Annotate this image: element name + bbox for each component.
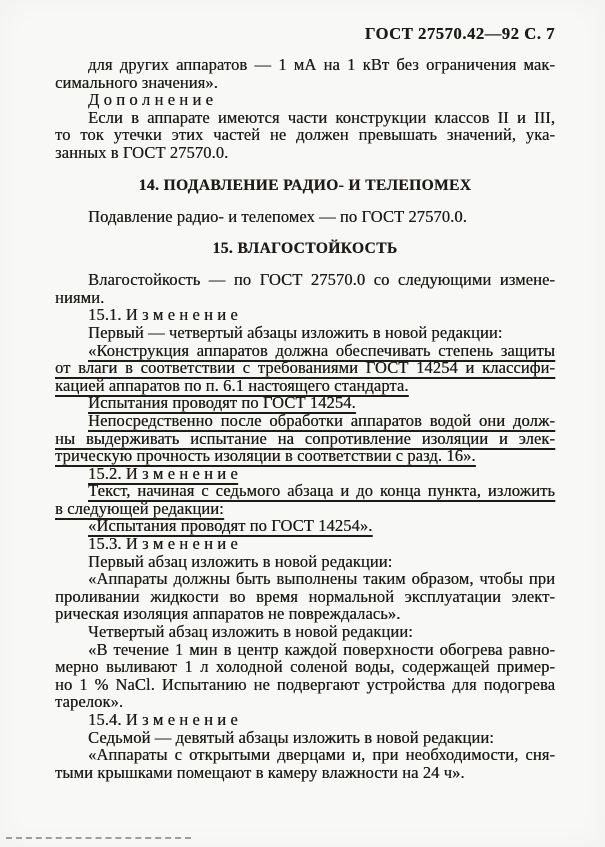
text-line: мерно выливают 1 л холодной соленой воды… <box>55 658 555 676</box>
text-line: для других аппаратов — 1 мА на 1 кВт без… <box>55 56 555 74</box>
page-header: ГОСТ 27570.42—92 С. 7 <box>0 24 555 44</box>
text-line-underlined: Непосредственно после обработки аппарато… <box>55 412 555 430</box>
text-line: тарелок». <box>55 693 555 711</box>
text-line: Если в аппарате имеются части конструкци… <box>55 109 555 127</box>
text-line: Первый — четвертый абзацы изложить в нов… <box>55 324 555 342</box>
text-line: симального значения». <box>55 74 555 92</box>
text-line: ниями. <box>55 289 555 307</box>
text-line-clause-15-1: 15.1. И з м е н е н и е <box>55 306 555 324</box>
text-line: «Аппараты с открытыми дверцами и, при не… <box>55 746 555 764</box>
text-line-underlined: в следующей редакции: <box>55 500 555 518</box>
text-line: Первый абзац изложить в новой редакции: <box>55 553 555 571</box>
text-line-underlined: Текст, начиная с седьмого абзаца и до ко… <box>55 482 555 500</box>
text-line: «Аппараты должны быть выполнены таким об… <box>55 570 555 588</box>
text-line: рическая изоляция аппаратов не повреждал… <box>55 605 555 623</box>
text-line: проливании жидкости во время нормальной … <box>55 588 555 606</box>
text-line-dopolnenie: Д о п о л н е н и е <box>55 91 555 109</box>
text-line: занных в ГОСТ 27570.0. <box>55 144 555 162</box>
text-line: Подавление радио- и телепомех — по ГОСТ … <box>55 208 555 226</box>
doc-number: ГОСТ 27570.42—92 С. 7 <box>365 24 555 43</box>
text-line-underlined: «Конструкция аппаратов должна обеспечива… <box>55 342 555 360</box>
text-line: Четвертый абзац изложить в новой редакци… <box>55 623 555 641</box>
text-line-clause-15-2: 15.2. И з м е н е н и е <box>55 465 555 483</box>
text-line-underlined: трическую прочность изоляции в соответст… <box>55 447 555 465</box>
text-line: но 1 % NaCl. Испытанию не подвергают уст… <box>55 676 555 694</box>
text-line: то ток утечки этих частей не должен прев… <box>55 126 555 144</box>
text-line-clause-15-3: 15.3. И з м е н е н и е <box>55 535 555 553</box>
section-heading-15: 15. ВЛАГОСТОЙКОСТЬ <box>55 240 555 257</box>
text-line: «В течение 1 мин в центр каждой поверхно… <box>55 641 555 659</box>
text-line-underlined: «Испытания проводят по ГОСТ 14254». <box>55 517 555 535</box>
text-line-underlined: ны выдерживать испытание на сопротивлени… <box>55 430 555 448</box>
text-line-clause-15-4: 15.4. И з м е н е н и е <box>55 711 555 729</box>
section-heading-14: 14. ПОДАВЛЕНИЕ РАДИО- И ТЕЛЕПОМЕХ <box>55 177 555 194</box>
scan-artifact-dashes <box>6 837 191 839</box>
text-line-underlined: Испытания проводят по ГОСТ 14254. <box>55 394 555 412</box>
scanned-document-page: ГОСТ 27570.42—92 С. 7 для других аппарат… <box>0 0 605 847</box>
text-line: тыми крышками помещают в камеру влажност… <box>55 764 555 782</box>
text-line-underlined: от влаги в соответствии с требованиями Г… <box>55 359 555 377</box>
text-line-underlined: кацией аппаратов по п. 6.1 настоящего ст… <box>55 377 555 395</box>
document-body: для других аппаратов — 1 мА на 1 кВт без… <box>55 56 555 781</box>
text-line: Влагостойкость — по ГОСТ 27570.0 со след… <box>55 271 555 289</box>
text-line: Седьмой — девятый абзацы изложить в ново… <box>55 729 555 747</box>
